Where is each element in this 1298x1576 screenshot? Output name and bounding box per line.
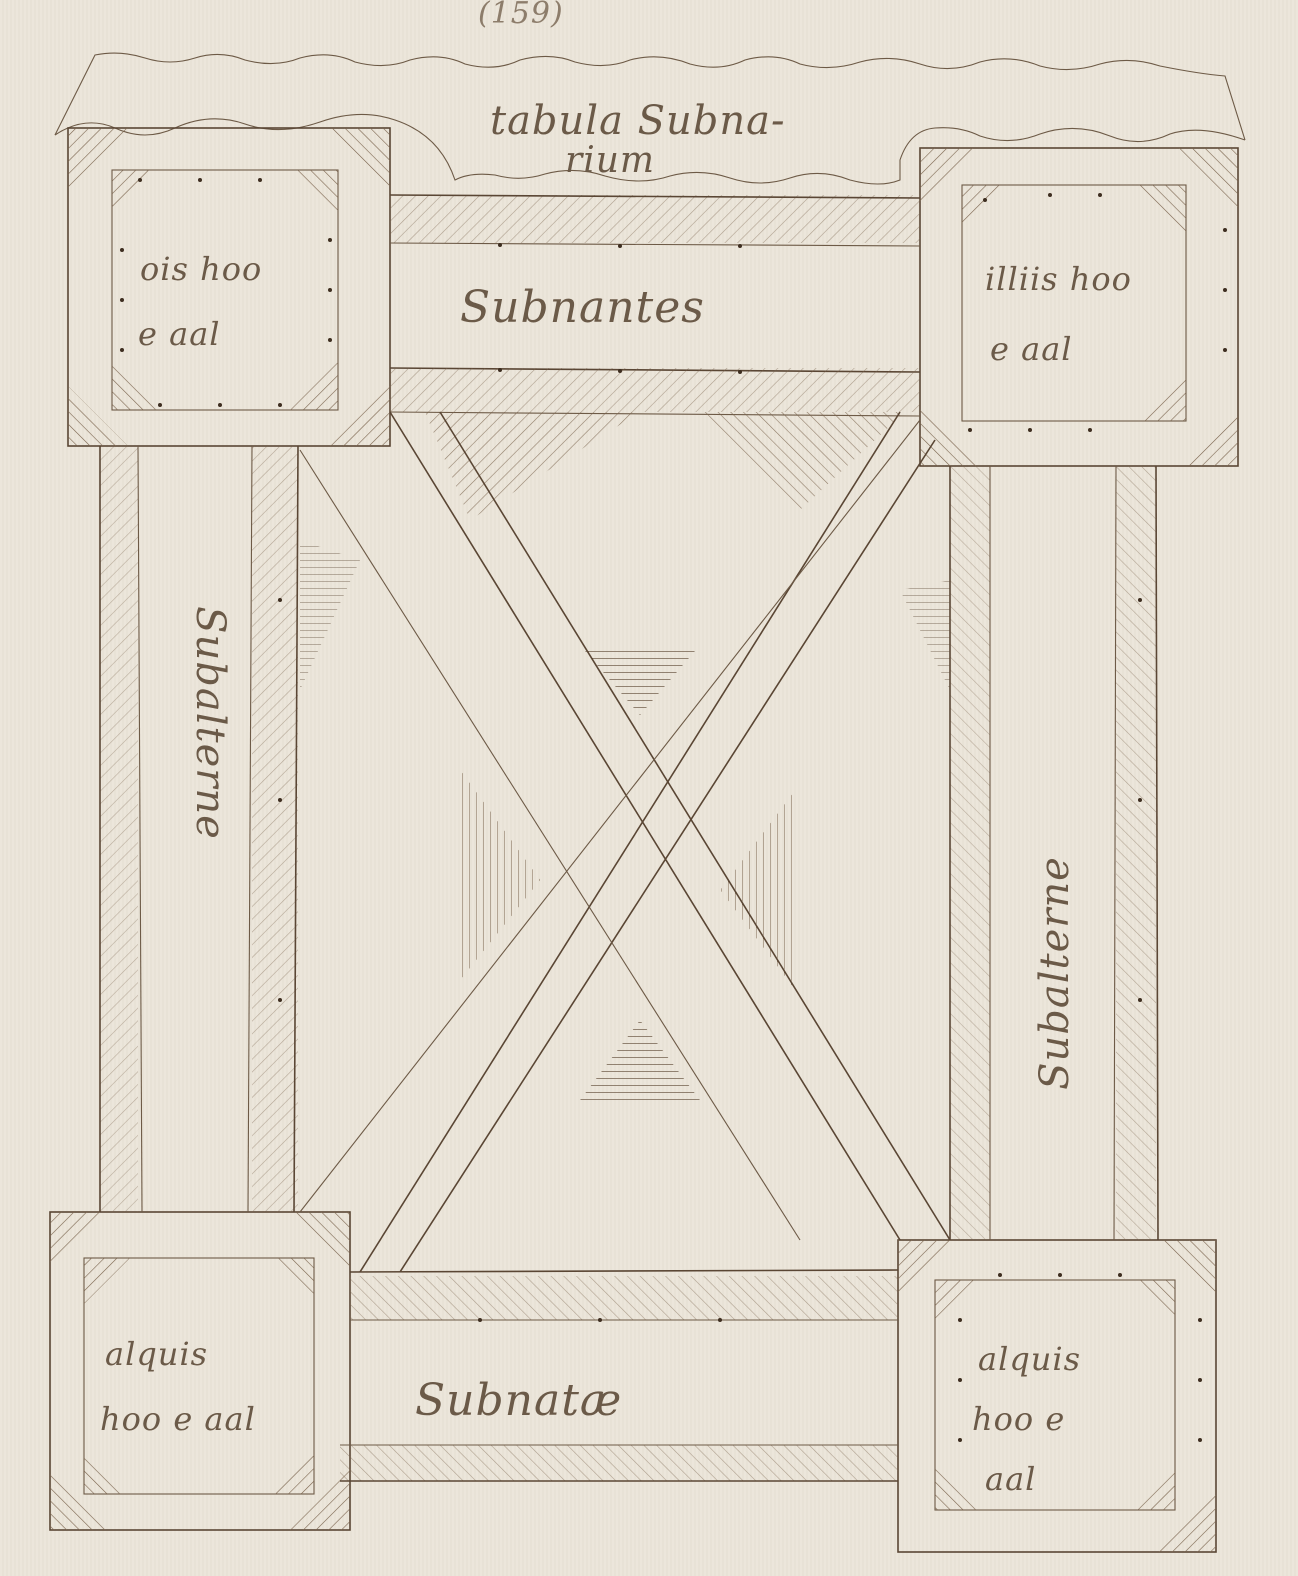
center-hatching xyxy=(300,412,950,1100)
corner-label-top-left-2: e aal xyxy=(138,315,221,353)
page-number: (159) xyxy=(478,0,564,31)
corner-label-top-right-1: illiis hoo xyxy=(985,260,1132,298)
banner-title-line1: tabula Subna- xyxy=(490,98,786,144)
beam-label-top: Subnantes xyxy=(460,282,705,333)
beam-label-bottom: Subnatæ xyxy=(415,1375,622,1426)
manuscript-page: (159) tabula Subna- rium ois hoo e aal i… xyxy=(0,0,1298,1576)
banner-title-line2: rium xyxy=(565,140,655,181)
corner-label-bottom-right-3: aal xyxy=(985,1460,1036,1498)
corner-label-bottom-right-2: hoo e xyxy=(972,1400,1065,1438)
corner-label-top-right-2: e aal xyxy=(990,330,1073,368)
corner-block-bottom-right xyxy=(898,1240,1216,1552)
corner-label-bottom-left-1: alquis xyxy=(105,1335,208,1373)
corner-label-bottom-right-1: alquis xyxy=(978,1340,1081,1378)
beam-label-right: Subalterne xyxy=(1032,813,1078,1133)
diagonal-cross xyxy=(300,412,950,1272)
beam-label-left: Subalterne xyxy=(187,563,233,883)
corner-block-top-right xyxy=(920,148,1238,466)
corner-label-top-left-1: ois hoo xyxy=(140,250,262,288)
corner-label-bottom-left-2: hoo e aal xyxy=(100,1400,256,1438)
